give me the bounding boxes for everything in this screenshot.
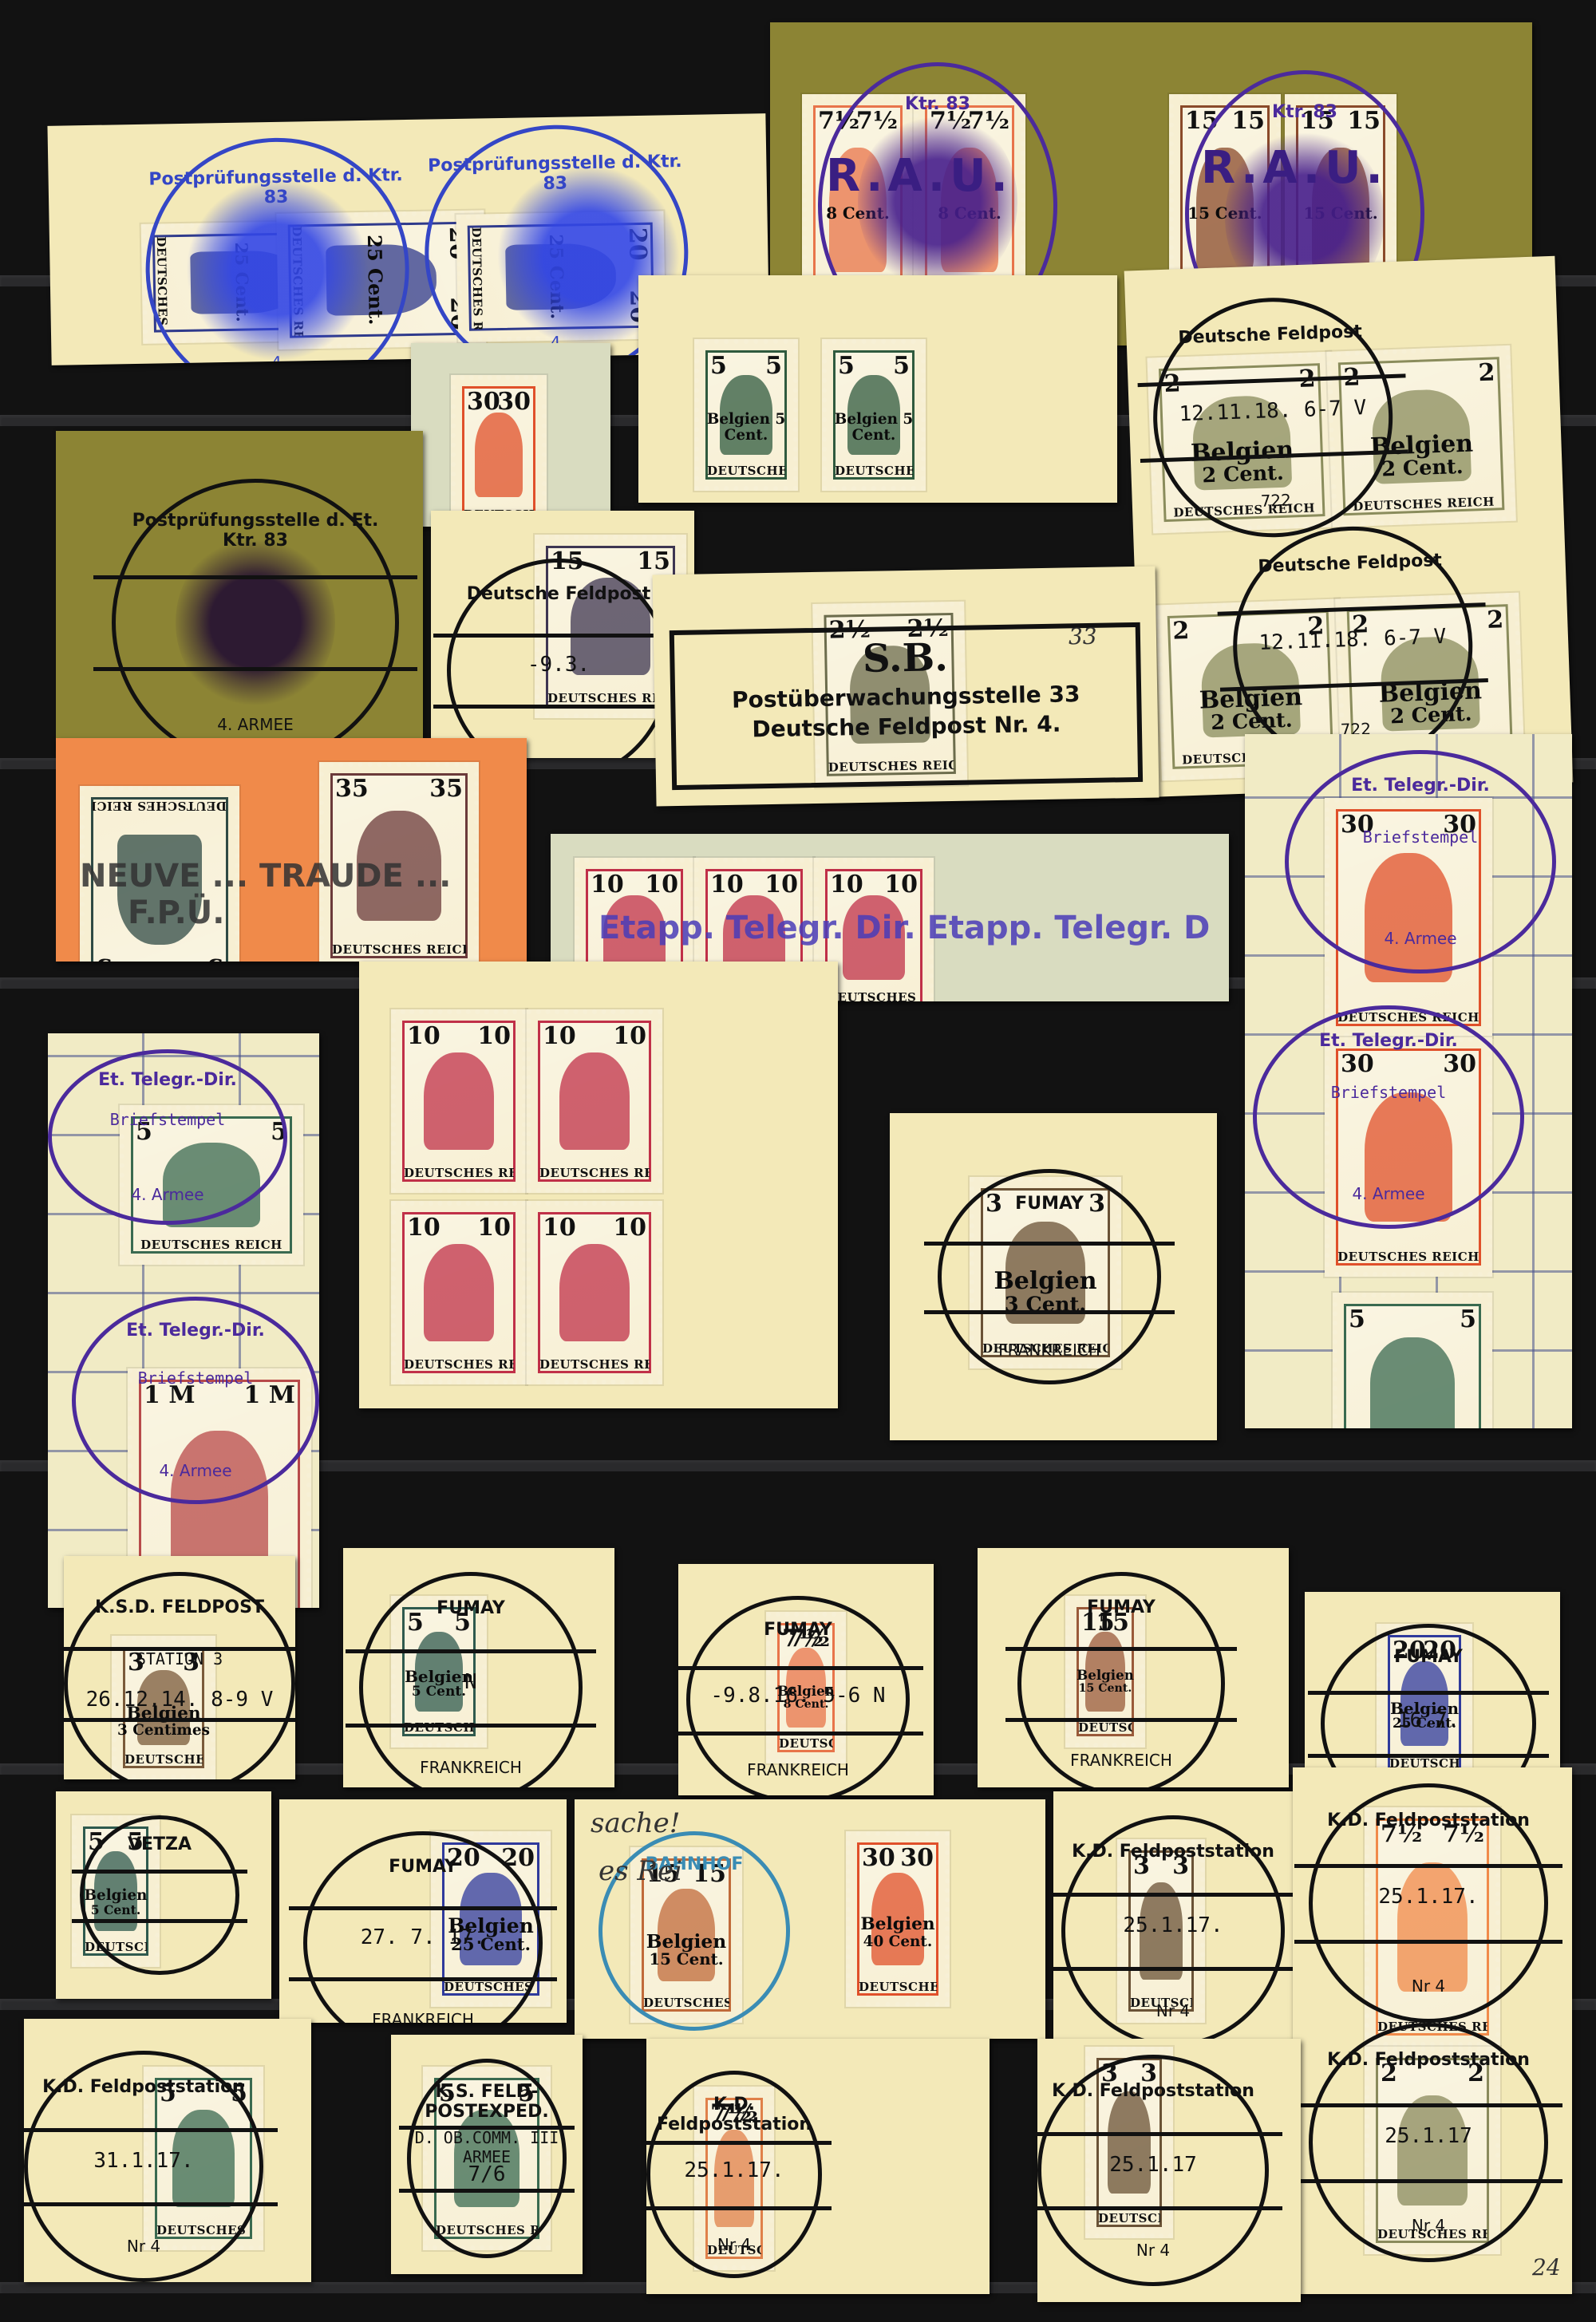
stamp-value: 10: [645, 871, 678, 898]
stamp-overprint: Belgien25 Cent.: [1381, 1700, 1468, 1732]
stamp-value: 10: [477, 1214, 511, 1242]
overprint-value: 15 Cent.: [1070, 1683, 1140, 1695]
stamp-value: 30: [497, 388, 531, 416]
stamp-value: 20: [501, 1844, 535, 1872]
eagle-censor-mark: [176, 535, 335, 710]
stamp-value: 2: [1298, 365, 1316, 393]
stamp-country: DEUTSCHES REICH: [404, 1720, 474, 1735]
stamp-piece[interactable]: 55DEUTSCHES REICHK.S. FELD-POSTEXPED.D. …: [391, 2035, 583, 2274]
pencil-note: 33: [1069, 623, 1097, 650]
stamp-value: 5: [207, 953, 223, 962]
postmark-town: K.S.D. FELDPOST: [68, 1597, 291, 1617]
stamp-value: 30: [1443, 1050, 1476, 1078]
stamp-value: 2: [1468, 2059, 1484, 2087]
postmark-town: Deutsche Feldpost: [1154, 321, 1386, 349]
stamp-piece[interactable]: 2½2½DEUTSCHES REICHS.B.Postüberwachungss…: [653, 567, 1159, 807]
stamp-value: 3: [1172, 1852, 1189, 1880]
stamp-value: 5: [518, 2079, 535, 2107]
stamp-value: 7½: [1381, 1820, 1422, 1848]
stamp-overprint: Belgien15 Cent.: [635, 1932, 737, 1968]
handstamp-line: F.P.Ü.: [80, 894, 451, 931]
stamp-value: 10: [764, 871, 798, 898]
postage-stamp: 7½7½DEUTSCHES REICH: [1365, 1807, 1500, 2047]
stamp-piece[interactable]: 33DEUTSCHES REICHBelgien3 Cent.FUMAYFRAN…: [890, 1113, 1217, 1440]
line-handstamp: Etapp. Telegr. Dir. Etapp. Telegr. D: [598, 910, 1210, 946]
stamp-country: DEUTSCHES REICH: [1377, 2020, 1487, 2034]
stamp-country: DEUTSCHES REICH: [1078, 1720, 1132, 1735]
stamp-value: 10: [543, 1022, 576, 1050]
stamp-value: 2: [1381, 2059, 1397, 2087]
stamp-value: 7½: [717, 2099, 758, 2127]
overprint-value: 5 Cent.: [396, 1685, 482, 1700]
stamp-country: DEUTSCHES REICH: [707, 464, 785, 478]
overprint-country: Belgien: [436, 1916, 546, 1937]
germania-portrait: [172, 2110, 234, 2207]
stamp-value: 30: [900, 1844, 934, 1872]
overprint-value: Belgien 5 Cent.: [699, 412, 793, 443]
stamp-piece[interactable]: 3030DEUTSCHES REICH3030DEUTSCHES REICH55…: [1245, 734, 1572, 1428]
pencil-note: 24: [1532, 2254, 1561, 2281]
stamp-overprint: Belgien 5 Cent.: [699, 412, 793, 443]
overprint-country: Belgien: [974, 1269, 1116, 1294]
stamp-value: 10: [407, 1214, 440, 1242]
stamp-country: DEUTSCHES REICH: [1098, 2211, 1160, 2225]
stamp-value: 2: [1163, 369, 1181, 398]
handstamp-line: Deutsche Feldpost Nr. 4.: [676, 709, 1137, 744]
stamp-value: 30: [862, 1844, 895, 1872]
stamp-value: 7½: [818, 107, 859, 135]
postage-stamp: 55DEUTSCHES REICH: [120, 1105, 303, 1265]
stamp-piece[interactable]: 22DEUTSCHES REICHBelgien2 Cent.22DEUTSCH…: [1124, 256, 1574, 797]
stamp-country: DEUTSCHES REICH: [444, 1980, 538, 1994]
handstamp-line: S.B.: [674, 632, 1136, 685]
postage-stamp: 33DEUTSCHES REICHBelgien3 Centimes: [112, 1636, 215, 1779]
stamp-value: 30: [1443, 811, 1476, 839]
stamp-value: 2: [1478, 358, 1495, 387]
stamp-overprint: Belgien2 Cent.: [1343, 677, 1519, 730]
stamp-overprint: Belgien 5 Cent.: [827, 412, 921, 443]
stamp-value: 3: [1133, 1852, 1150, 1880]
postage-stamp: 22DEUTSCHES REICHBelgien2 Cent.: [1326, 346, 1516, 527]
stamp-piece[interactable]: 55DEUTSCHES REICH1 M1 MDEUTSCHES REICHEt…: [48, 1033, 319, 1608]
stamp-value: 5: [1349, 1305, 1365, 1333]
stamp-value: 30: [467, 388, 500, 416]
stamp-piece[interactable]: 55DEUTSCHES REICHBelgien5 Cent.VETZA: [56, 1791, 271, 1999]
postage-stamp: 3030DEUTSCHES REICH: [451, 375, 547, 527]
overprint-country: Belgien: [1381, 1700, 1468, 1717]
postage-stamp: 55DEUTSCHES REICHBelgien 5 Cent.: [822, 339, 926, 491]
stamp-country: DEUTSCHES REICH: [404, 1357, 514, 1372]
stamp-country: DEUTSCHES REICH: [1377, 2227, 1487, 2241]
stamp-piece[interactable]: 7½7½DEUTSCHES REICH22DEUTSCHES REICHK.D.…: [1293, 1767, 1572, 2294]
stamp-value: 5: [454, 1609, 471, 1637]
postage-stamp: 3030DEUTSCHES REICHBelgien40 Cent.: [846, 1831, 950, 2007]
stamp-value: 15: [1096, 1609, 1129, 1637]
stamp-value: 10: [613, 1022, 646, 1050]
stamp-country: DEUTSCHES REICH: [982, 1341, 1108, 1356]
stamp-value: 30: [1341, 811, 1374, 839]
stamp-value: 15: [1347, 107, 1381, 135]
postage-stamp: 3030DEUTSCHES REICH: [1325, 1037, 1492, 1277]
germania-portrait: [714, 2130, 753, 2227]
postmark-bottom: FRANKREICH: [1021, 1751, 1221, 1770]
stamp-country: DEUTSCHES REICH: [154, 236, 170, 330]
stamp-piece[interactable]: 33DEUTSCHES REICHK.D. Feldpoststation25.…: [1037, 2039, 1301, 2302]
postmark-town: Deutsche Feldpost: [1234, 550, 1466, 578]
postmark-bottom: FRANKREICH: [363, 1758, 579, 1777]
germania-portrait: [1108, 2091, 1152, 2194]
postage-stamp: 1010DEUTSCHES REICH: [391, 1201, 527, 1384]
postage-stamp: 7½7½DEUTSCHES REICH: [694, 2087, 774, 2270]
postmark-bottom: FRANKREICH: [307, 2010, 539, 2023]
postage-stamp: 33DEUTSCHES REICH: [1085, 2047, 1173, 2238]
stamp-overprint: Belgien5 Cent.: [396, 1668, 482, 1700]
postage-stamp: 55DEUTSCHES REICHBelgien5 Cent.: [72, 1815, 160, 1967]
postage-stamp: 2020DEUTSCHES REICHBelgien25 Cent.: [431, 1831, 551, 2007]
germania-portrait: [1397, 2095, 1468, 2206]
stamp-country: DEUTSCHES REICH: [469, 227, 485, 329]
postage-stamp: 22DEUTSCHES REICH: [1365, 2047, 1500, 2254]
stamp-country: DEUTSCHES REICH: [539, 1357, 650, 1372]
stamp-overprint: Belgien3 Centimes: [117, 1705, 211, 1739]
stamp-value: 20: [1423, 1637, 1456, 1664]
stamp-value: 1 M: [243, 1381, 295, 1409]
postage-stamp: 2020DEUTSCHES REICHBelgien25 Cent.: [1377, 1624, 1472, 1783]
overprint-value: 25 Cent.: [1381, 1717, 1468, 1732]
stamp-country: DEUTSCHES REICH: [827, 990, 921, 1001]
rau-handstamp: R.A.U.: [1201, 142, 1388, 194]
stamp-value: 15: [1231, 107, 1265, 135]
stamp-value: 20: [447, 1844, 480, 1872]
germania-portrait: [1365, 1092, 1453, 1221]
stamp-value: 10: [884, 871, 918, 898]
germania-portrait: [454, 2110, 520, 2207]
stamp-value: 10: [543, 1214, 576, 1242]
stamp-country: DEUTSCHES REICH: [539, 1166, 650, 1180]
overprint-country: Belgien: [851, 1916, 945, 1934]
germania-portrait: [424, 1052, 495, 1150]
postmark-town: Et. Telegr.-Dir.: [52, 1070, 283, 1090]
postage-stamp: 1010DEUTSCHES REICH: [527, 1201, 662, 1384]
stamp-overprint: Belgien2 Cent.: [1163, 683, 1339, 736]
stamp-overprint: Belgien15 Cent.: [1070, 1668, 1140, 1694]
stamp-value: 5: [88, 1828, 105, 1856]
stamp-country: DEUTSCHES REICH: [332, 942, 466, 957]
postage-stamp: 55DEUTSCHES REICH: [423, 2067, 551, 2250]
stamp-value: 10: [830, 871, 863, 898]
stamp-value: 10: [613, 1214, 646, 1242]
stamp-value: 3: [183, 1649, 199, 1676]
germania-portrait: [559, 1244, 630, 1341]
postage-stamp: 1010DEUTSCHES REICH: [527, 1009, 662, 1193]
stamp-value: 10: [591, 871, 624, 898]
stamp-country: DEUTSCHES REICH: [132, 1238, 290, 1252]
postage-stamp: 7½7½DEUTSCHES REICHBelgien8 Cent.: [766, 1612, 846, 1763]
overprint-country: Belgien: [117, 1705, 211, 1724]
stamp-value: 15: [693, 1860, 726, 1888]
overprint-value: 5 Cent.: [77, 1904, 155, 1917]
stamp-country: DEUTSCHES REICH: [156, 2223, 251, 2237]
stamp-value: 15: [1185, 107, 1219, 135]
stamp-value: 20: [1393, 1637, 1426, 1664]
stamp-value: 7½: [1443, 1820, 1484, 1848]
stamp-overprint: Belgien3 Cent.: [974, 1269, 1116, 1315]
line-handstamp: NEUVE ... TRAUDE ...F.P.Ü.: [80, 858, 451, 931]
stamp-piece[interactable]: 2020DEUTSCHES REICHBelgien25 Cent.FUMAY2…: [279, 1799, 567, 2023]
postage-stamp: 55DEUTSCHES REICH: [1333, 1293, 1492, 1428]
stamp-piece[interactable]: 55DEUTSCHES REICHBelgien5 Cent.FUMAYNFRA…: [343, 1548, 614, 1787]
handwritten-text: es Rei: [598, 1855, 682, 1887]
germania-portrait: [475, 413, 523, 496]
stamp-value: 2: [1487, 606, 1504, 634]
stamp-value: 35: [429, 775, 463, 803]
stamp-value: 35: [335, 775, 369, 803]
stamp-overprint: Belgien25 Cent.: [436, 1916, 546, 1955]
overprint-value: Belgien 5 Cent.: [827, 412, 921, 443]
rau-handstamp: R.A.U.: [826, 150, 1013, 202]
stamp-value: 7½: [788, 1625, 830, 1653]
postage-stamp: 55DEUTSCHES REICH: [144, 2067, 263, 2250]
stamp-value: 3: [1101, 2059, 1118, 2087]
handstamp-line: Postüberwachungsstelle 33: [675, 680, 1136, 714]
germania-portrait: [571, 578, 650, 675]
stamp-value: 1 M: [144, 1381, 196, 1409]
stamp-value: 5: [439, 2079, 456, 2107]
postmark-bottom: 4. ARMEE: [116, 715, 395, 734]
postage-stamp: 3030DEUTSCHES REICH: [1325, 798, 1492, 1037]
overprint-country: Belgien: [771, 1684, 841, 1699]
stamp-overprint: Belgien2 Cent.: [1155, 436, 1330, 489]
stamp-value: 3: [1088, 1190, 1105, 1218]
handstamp-line: NEUVE ... TRAUDE ...: [80, 858, 451, 894]
overprint-country: Belgien: [635, 1932, 737, 1951]
stamp-value: 5: [127, 1828, 144, 1856]
stamp-country: DEUTSCHES REICH: [643, 1996, 729, 2010]
overprint-value: 8 Cent.: [771, 1699, 841, 1711]
germania-portrait: [559, 1052, 630, 1150]
stamp-value: 5: [765, 352, 782, 380]
stamp-piece[interactable]: 1010DEUTSCHES REICH1010DEUTSCHES REICH10…: [359, 962, 838, 1408]
stamp-country: DEUTSCHES REICH: [1337, 1250, 1479, 1264]
stamp-piece[interactable]: 7½7½DEUTSCHES REICHK.D. Feldpoststation2…: [646, 2039, 990, 2294]
overprint-value: 40 Cent.: [851, 1934, 945, 1949]
germania-portrait: [1397, 1862, 1468, 1991]
overprint-value: 3 Centimes: [117, 1723, 211, 1738]
postage-stamp: 55DEUTSCHES REICHBelgien 5 Cent.: [694, 339, 798, 491]
stamp-value: 15: [551, 547, 584, 575]
stamp-value: 10: [477, 1022, 511, 1050]
stamp-value: 3: [986, 1190, 1002, 1218]
stamp-overprint: Belgien5 Cent.: [77, 1888, 155, 1917]
stamp-country: DEUTSCHES REICH: [436, 2223, 538, 2237]
overprint-value: 3 Cent.: [974, 1294, 1116, 1316]
stamp-value: 2: [1172, 617, 1190, 646]
stamp-value: 2: [1343, 363, 1361, 392]
stamp-country: DEUTSCHES REICH: [779, 1736, 833, 1751]
stamp-piece[interactable]: Postprüfungsstelle d. Et. Ktr. 834. ARME…: [56, 431, 423, 750]
stamp-overprint: Belgien2 Cent.: [1334, 430, 1510, 483]
handwritten-text: sache!: [591, 1807, 680, 1839]
postage-stamp: 22DEUTSCHES REICHBelgien2 Cent.: [1147, 352, 1337, 534]
stamp-piece[interactable]: 33DEUTSCHES REICHBelgien3 CentimesK.S.D.…: [64, 1556, 295, 1779]
germania-portrait: [1365, 853, 1453, 981]
postmark-bottom: Nr 4: [1041, 2241, 1265, 2260]
stamp-piece[interactable]: 55DEUTSCHES REICHK.D. Feldpoststation31.…: [24, 2019, 311, 2282]
overprint-country: Belgien: [1070, 1668, 1140, 1683]
stamp-value: 15: [637, 547, 670, 575]
handstamp-line: Etapp. Telegr. Dir. Etapp. Telegr. D: [598, 910, 1210, 946]
stamp-piece[interactable]: 55DEUTSCHES REICHBelgien 5 Cent.55DEUTSC…: [638, 275, 1117, 503]
stamp-value: 30: [1341, 1050, 1374, 1078]
postage-stamp: 1010DEUTSCHES REICH: [391, 1009, 527, 1193]
germania-portrait: [163, 1143, 260, 1226]
stamp-country: DEUTSCHES REICH: [1130, 1996, 1192, 2010]
stamp-piece[interactable]: 55DEUTSCHES REICH3535DEUTSCHES REICHNEUV…: [56, 738, 527, 962]
stamp-value: 5: [160, 2079, 176, 2107]
overprint-value: 15 Cent.: [635, 1951, 737, 1968]
germania-portrait: [1140, 1882, 1183, 1980]
stamp-country: DEUTSCHES REICH: [85, 1940, 147, 1954]
stamp-value: 5: [96, 953, 113, 962]
stamp-country: DEUTSCHES REICH: [859, 1980, 937, 1994]
stamp-value: 5: [893, 352, 910, 380]
stamp-country: DEUTSCHES REICH: [93, 799, 227, 813]
stamp-piece[interactable]: 1515DEUTSCHES REICHBelgien15 Cent.3030DE…: [575, 1799, 1045, 2039]
stamp-piece[interactable]: 3030DEUTSCHES REICH: [411, 343, 610, 527]
stamp-value: 3: [128, 1649, 144, 1676]
overprint-country: Belgien: [396, 1668, 482, 1685]
stamp-value: 3: [1140, 2059, 1157, 2087]
stamp-country: DEUTSCHES REICH: [124, 1752, 203, 1767]
stamp-value: 5: [1460, 1305, 1476, 1333]
postmark-town: Et. Telegr.-Dir.: [1289, 776, 1552, 796]
postage-stamp: 33DEUTSCHES REICH: [1117, 1839, 1205, 2023]
stamp-country: DEUTSCHES REICH: [835, 464, 913, 478]
eagle-censor-mark: [858, 110, 1017, 294]
overprint-country: Belgien: [77, 1888, 155, 1903]
overprint-value: 25 Cent.: [436, 1937, 546, 1954]
stamp-value: 5: [231, 2079, 247, 2107]
stamp-country: DEUTSCHES REICH: [707, 2243, 761, 2257]
postage-stamp: 33DEUTSCHES REICHBelgien3 Cent.: [970, 1177, 1121, 1368]
postage-stamp: 55DEUTSCHES REICHBelgien5 Cent.: [391, 1596, 487, 1747]
stamp-value: 2: [1352, 610, 1369, 639]
stamp-value: 5: [407, 1609, 424, 1637]
stamp-country: DEUTSCHES REICH: [1337, 1010, 1479, 1025]
stamp-value: 5: [136, 1118, 152, 1146]
stamp-overprint: Belgien40 Cent.: [851, 1916, 945, 1949]
germania-portrait: [424, 1244, 495, 1341]
stamp-piece[interactable]: 7½7½DEUTSCHES REICHBelgien8 Cent.FUMAY-9…: [678, 1564, 934, 1795]
stamp-piece[interactable]: 1515DEUTSCHES REICHBelgien15 Cent.FUMAYF…: [978, 1548, 1289, 1787]
postmark-town: Et. Telegr.-Dir.: [76, 1321, 315, 1341]
stamp-country: DEUTSCHES REICH: [404, 1166, 514, 1180]
stamp-value: 5: [838, 352, 855, 380]
germania-portrait: [1370, 1337, 1454, 1428]
stamp-overprint: Belgien8 Cent.: [771, 1684, 841, 1710]
stamp-value: 2: [1307, 612, 1325, 641]
stamp-value: 5: [271, 1118, 287, 1146]
postage-stamp: 1515DEUTSCHES REICHBelgien15 Cent.: [1065, 1596, 1145, 1747]
stamp-value: 10: [407, 1022, 440, 1050]
stamp-value: 10: [710, 871, 744, 898]
stamp-value: 5: [710, 352, 727, 380]
